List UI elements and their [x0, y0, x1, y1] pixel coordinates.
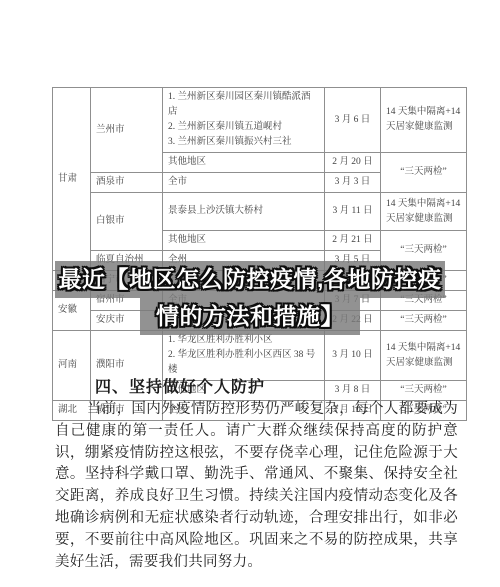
area-line: 1. 兰州新区秦川园区秦川镇酷派酒店 — [168, 90, 319, 120]
policy-cell: “三天两检” — [381, 291, 467, 311]
area-cell: 其他地区 — [163, 153, 325, 173]
table-row: 河南 濮阳市 1. 华龙区胜利办胜利小区 2. 华龙区胜利办胜利小区西区 38 … — [53, 331, 467, 381]
city-cell: 西宁市 — [91, 271, 163, 291]
date-cell: 3 月 5 日 — [325, 251, 381, 271]
province-cell: 甘肃 — [53, 88, 91, 271]
policy-cell: “三天两检” — [381, 381, 467, 401]
policy-line: 14 天集中隔离+14 — [386, 105, 461, 120]
policy-line: 14 天集中隔离+14 — [386, 341, 461, 356]
policy-line: 天居家健康监测 — [386, 212, 461, 227]
date-cell: 3 月 7 日 — [325, 291, 381, 311]
city-cell: 临夏自治州 — [91, 251, 163, 271]
date-cell: 2 月 22 日 — [325, 311, 381, 331]
policy-cell: “三天两检” — [381, 271, 467, 291]
table-row: 安徽 宿州市 全市 3 月 7 日 “三天两检” — [53, 291, 467, 311]
table-row: 白银市 景泰县上沙沃镇大桥村 3 月 11 日 14 天集中隔离+14 天居家健… — [53, 193, 467, 231]
page: 甘肃 兰州市 1. 兰州新区秦川园区秦川镇酷派酒店 2. 兰州新区秦川镇五道岘村… — [0, 0, 500, 587]
area-line: 3. 兰州新区秦川镇振兴村三社 — [168, 135, 319, 150]
date-cell: 3 月 11 日 — [325, 193, 381, 231]
area-cell: 全州 — [163, 251, 325, 271]
city-cell: 酒泉市 — [91, 173, 163, 193]
city-cell: 白银市 — [91, 193, 163, 251]
policy-cell: 14 天集中隔离+14 天居家健康监测 — [381, 193, 467, 231]
province-cell: 安徽 — [53, 291, 91, 331]
table-row: 甘肃 兰州市 1. 兰州新区秦川园区秦川镇酷派酒店 2. 兰州新区秦川镇五道岘村… — [53, 88, 467, 153]
area-cell: 全市 — [163, 173, 325, 193]
policy-line: 14 天集中隔离+14 — [386, 197, 461, 212]
area-cell: 1. 华龙区胜利办胜利小区 2. 华龙区胜利办胜利小区西区 38 号楼 — [163, 331, 325, 381]
table-row: 安庆市 全市 2 月 22 日 “三天两检” — [53, 311, 467, 331]
city-cell: 安庆市 — [91, 311, 163, 331]
province-cell: 河南 — [53, 331, 91, 401]
area-cell: 景泰县上沙沃镇大桥村 — [163, 193, 325, 231]
date-cell: 3 月 10 日 — [325, 331, 381, 381]
area-cell: 其他地区 — [163, 231, 325, 251]
policy-cell: “三天两检” — [381, 311, 467, 331]
body-paragraph: 当前，国内外疫情防控形势仍严峻复杂，每个人都要成为自己健康的第一责任人。请广大群… — [55, 399, 458, 573]
area-cell: 全市 — [163, 311, 325, 331]
policy-line: 天居家健康监测 — [386, 120, 461, 135]
date-cell: 3 月 8 日 — [325, 381, 381, 401]
policy-cell: 14 天集中隔离+14 天居家健康监测 — [381, 88, 467, 153]
city-cell: 兰州市 — [91, 88, 163, 173]
area-cell: 1. 兰州新区秦川园区秦川镇酷派酒店 2. 兰州新区秦川镇五道岘村 3. 兰州新… — [163, 88, 325, 153]
date-cell: 3 月 7 日 — [325, 271, 381, 291]
covid-policy-table: 甘肃 兰州市 1. 兰州新区秦川园区秦川镇酷派酒店 2. 兰州新区秦川镇五道岘村… — [52, 87, 467, 421]
policy-cell: “三天两检” — [381, 231, 467, 271]
policy-cell: “三天两检” — [381, 153, 467, 193]
area-line: 2. 兰州新区秦川镇五道岘村 — [168, 120, 319, 135]
province-cell: 青海 — [53, 271, 91, 291]
date-cell: 3 月 3 日 — [325, 173, 381, 193]
policy-cell: 14 天集中隔离+14 天居家健康监测 — [381, 331, 467, 381]
date-cell: 2 月 21 日 — [325, 231, 381, 251]
date-cell: 3 月 6 日 — [325, 88, 381, 153]
table-row: 青海 西宁市 全市 3 月 7 日 “三天两检” — [53, 271, 467, 291]
area-cell: 全市 — [163, 271, 325, 291]
city-cell: 宿州市 — [91, 291, 163, 311]
policy-line: 天居家健康监测 — [386, 356, 461, 371]
section-heading: 四、坚持做好个人防护 — [95, 374, 265, 397]
date-cell: 2 月 20 日 — [325, 153, 381, 173]
area-line: 1. 华龙区胜利办胜利小区 — [168, 333, 319, 348]
area-cell: 全市 — [163, 291, 325, 311]
